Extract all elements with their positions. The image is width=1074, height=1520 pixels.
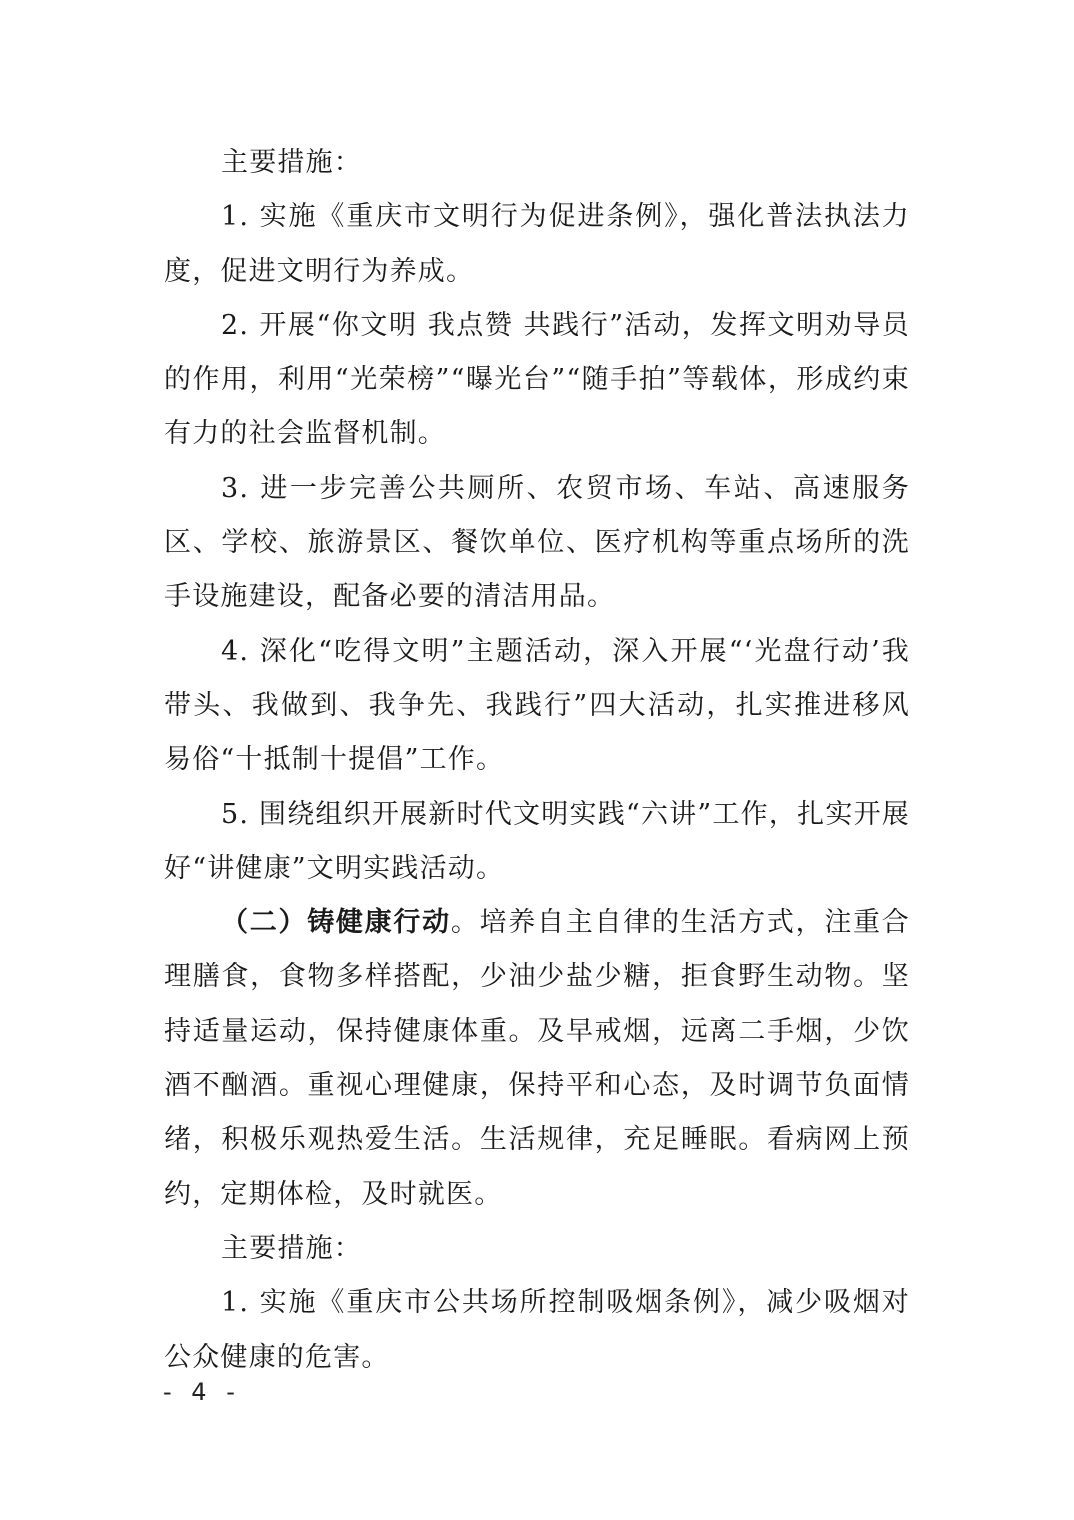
section-lead-title: （二）铸健康行动	[221, 907, 451, 938]
measure-item-2: 2. 开展“你文明 我点赞 共践行”活动，发挥文明劝导员的作用，利用“光荣榜”“…	[164, 299, 910, 462]
measures-heading-2: 主要措施：	[164, 1222, 910, 1276]
document-page: 主要措施： 1. 实施《重庆市文明行为促进条例》，强化普法执法力度，促进文明行为…	[164, 136, 910, 1385]
measure-item-1: 1. 实施《重庆市文明行为促进条例》，强化普法执法力度，促进文明行为养成。	[164, 190, 910, 299]
measure-item-smoking: 1. 实施《重庆市公共场所控制吸烟条例》，减少吸烟对公众健康的危害。	[164, 1276, 910, 1385]
measures-heading-1: 主要措施：	[164, 136, 910, 190]
section-health-action: （二）铸健康行动。培养自主自律的生活方式，注重合理膳食，食物多样搭配，少油少盐少…	[164, 896, 910, 1222]
section-body-text: 。培养自主自律的生活方式，注重合理膳食，食物多样搭配，少油少盐少糖，拒食野生动物…	[164, 907, 910, 1209]
measure-item-5: 5. 围绕组织开展新时代文明实践“六讲”工作，扎实开展好“讲健康”文明实践活动。	[164, 788, 910, 897]
page-number: - 4 -	[163, 1378, 241, 1406]
measure-item-3: 3. 进一步完善公共厕所、农贸市场、车站、高速服务区、学校、旅游景区、餐饮单位、…	[164, 462, 910, 625]
measure-item-4: 4. 深化“吃得文明”主题活动，深入开展“‘光盘行动’我带头、我做到、我争先、我…	[164, 625, 910, 788]
